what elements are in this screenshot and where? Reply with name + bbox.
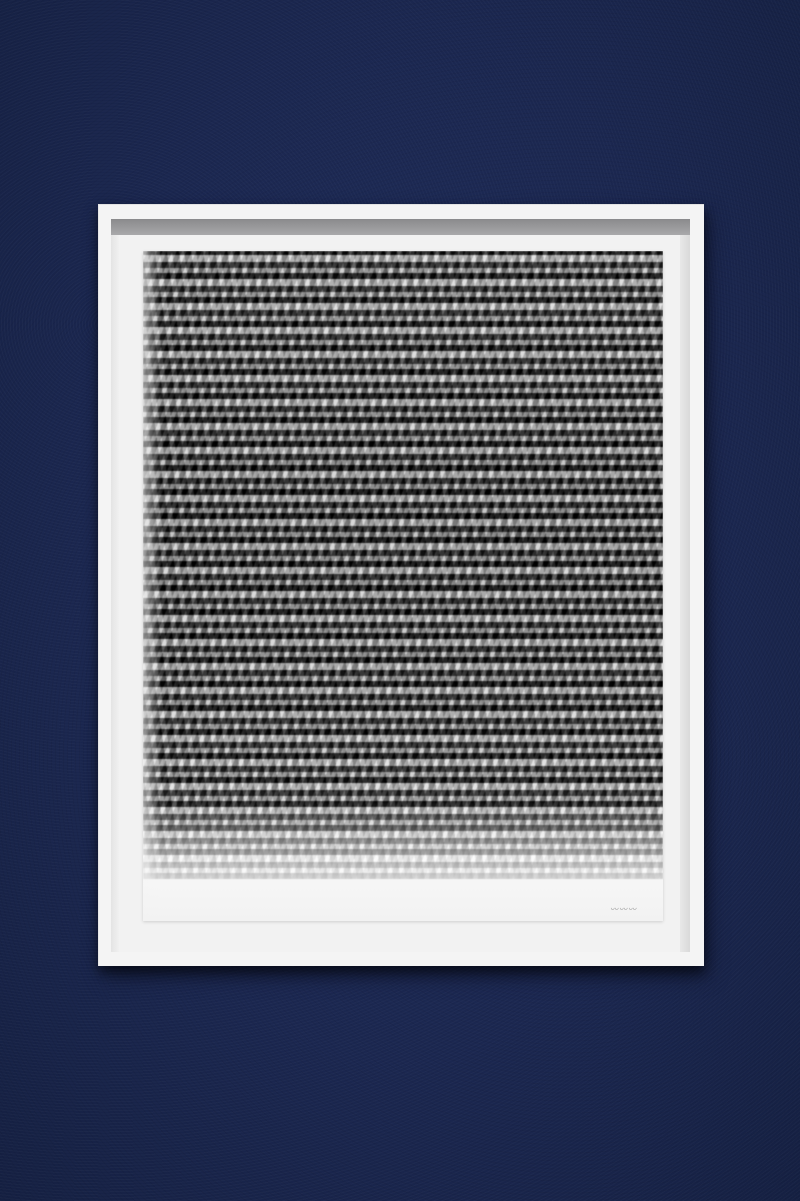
frame-top-inner-shadow — [111, 219, 690, 235]
frame-right-edge — [680, 235, 690, 952]
picture-frame: 〰〰〰 — [98, 204, 704, 966]
ghost-text-row-2 — [153, 331, 653, 371]
artwork-paper: 〰〰〰 — [143, 251, 663, 921]
ghost-text-row-3 — [153, 381, 653, 421]
ghost-text-row-1 — [153, 281, 653, 321]
rubbing-bottom-fade — [143, 801, 663, 921]
artist-signature: 〰〰〰 — [610, 904, 637, 915]
frame-left-edge — [111, 235, 119, 952]
